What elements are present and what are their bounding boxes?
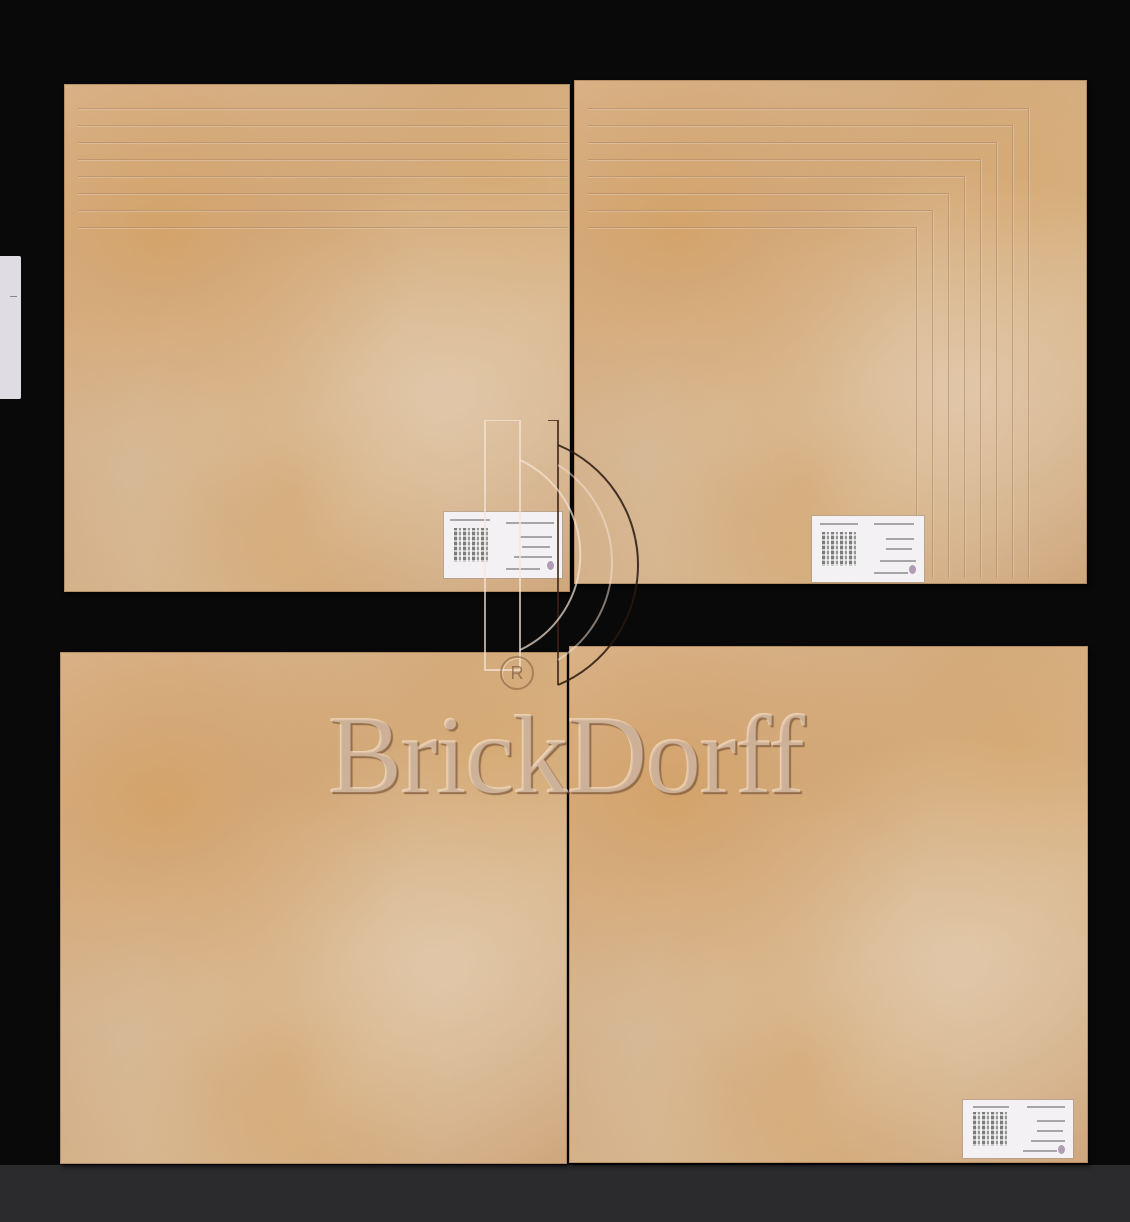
- label-line: [1037, 1130, 1063, 1132]
- floor-band: [0, 1165, 1130, 1222]
- product-label: [963, 1100, 1073, 1158]
- tile-top-left-step: [64, 84, 570, 592]
- label-line: [886, 538, 914, 540]
- groove: [78, 159, 568, 161]
- groove: [78, 176, 568, 178]
- label-line: [1037, 1120, 1065, 1122]
- groove: [1012, 125, 1014, 578]
- label-line: [522, 546, 550, 548]
- label-line: [874, 572, 908, 574]
- groove: [588, 210, 932, 212]
- label-line: [450, 519, 490, 521]
- label-line: [506, 522, 554, 524]
- groove: [588, 193, 948, 195]
- label-line: [506, 568, 540, 570]
- brand-watermark: BrickDorff: [296, 700, 836, 812]
- product-label: [812, 516, 924, 582]
- groove: [588, 176, 964, 178]
- card-mark: [10, 296, 17, 297]
- groove: [588, 142, 996, 144]
- groove: [948, 193, 950, 578]
- label-line: [1031, 1140, 1065, 1142]
- label-line: [973, 1106, 1009, 1108]
- qr-code: [822, 532, 856, 566]
- groove: [588, 125, 1012, 127]
- groove: [588, 159, 980, 161]
- groove: [932, 210, 934, 578]
- label-line: [874, 523, 914, 525]
- label-line: [880, 560, 916, 562]
- groove: [964, 176, 966, 578]
- side-price-card: [0, 256, 21, 399]
- groove: [78, 125, 568, 127]
- qr-code: [454, 528, 488, 562]
- groove: [1028, 108, 1030, 578]
- label-line: [514, 556, 552, 558]
- brand-logo-icon: [547, 561, 554, 570]
- groove: [78, 227, 568, 229]
- groove: [996, 142, 998, 578]
- groove: [588, 227, 916, 229]
- groove: [78, 142, 568, 144]
- label-line: [886, 548, 912, 550]
- label-line: [520, 536, 552, 538]
- registered-mark: R: [500, 656, 534, 690]
- qr-code: [973, 1112, 1007, 1146]
- label-line: [820, 523, 858, 525]
- groove: [78, 193, 568, 195]
- groove: [980, 159, 982, 578]
- brand-logo-icon: [1058, 1145, 1065, 1154]
- groove: [588, 108, 1028, 110]
- groove: [78, 210, 568, 212]
- label-line: [1027, 1106, 1065, 1108]
- brand-logo-icon: [909, 565, 916, 574]
- product-label: [444, 512, 562, 578]
- groove: [78, 108, 568, 110]
- tile-top-right-corner-step: [574, 80, 1087, 584]
- label-line: [1023, 1150, 1057, 1152]
